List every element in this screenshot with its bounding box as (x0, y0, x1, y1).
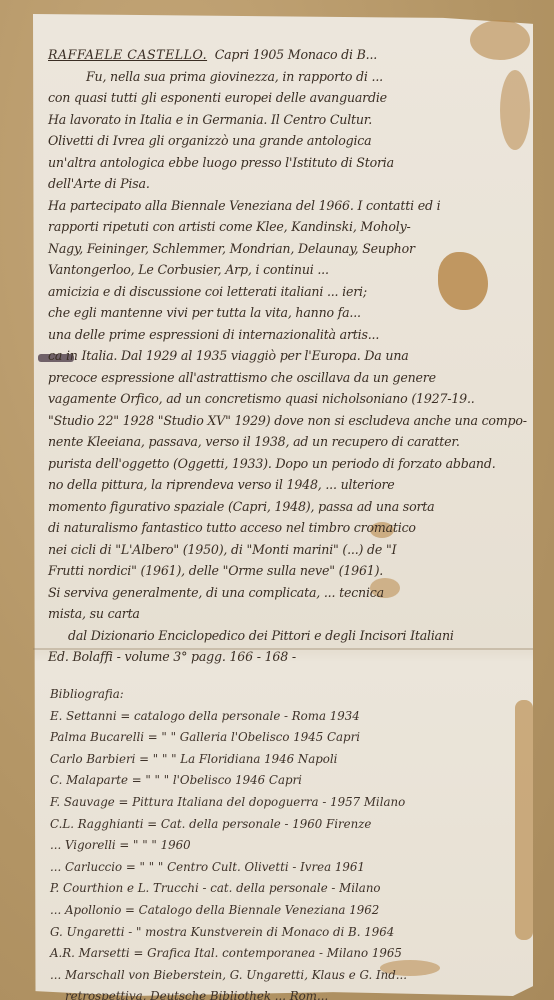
bibliography-entry: F. Sauvage = Pittura Italiana del dopogu… (50, 792, 407, 814)
text-line: nei cicli di "L'Albero" (1950), di "Mont… (48, 539, 527, 561)
text-line: momento figurativo spaziale (Capri, 1948… (48, 496, 527, 518)
bibliography-entry: C.L. Ragghianti = Cat. della personale -… (50, 814, 407, 836)
document-heading: RAFFAELE CASTELLO. Capri 1905 Monaco di … (48, 44, 527, 66)
text-line: ca in Italia. Dal 1929 al 1935 viaggiò p… (48, 345, 527, 367)
bibliography-entry: A.R. Marsetti = Grafica Ital. contempora… (50, 943, 407, 965)
handwritten-text: RAFFAELE CASTELLO. Capri 1905 Monaco di … (48, 44, 527, 668)
text-line: no della pittura, la riprendeva verso il… (48, 474, 527, 496)
bibliography-entry: ... Apollonio = Catalogo della Biennale … (50, 900, 407, 922)
bibliography-entry: ... Carluccio = " " " Centro Cult. Olive… (50, 857, 407, 879)
text-line: Vantongerloo, Le Corbusier, Arp, i conti… (48, 259, 527, 281)
text-line: rapporti ripetuti con artisti come Klee,… (48, 216, 527, 238)
text-line: purista dell'oggetto (Oggetti, 1933). Do… (48, 453, 527, 475)
text-line: Olivetti di Ivrea gli organizzò una gran… (48, 130, 527, 152)
text-line: Fu, nella sua prima giovinezza, in rappo… (48, 66, 527, 88)
text-line: Frutti nordici" (1961), delle "Orme sull… (48, 560, 527, 582)
text-line: Nagy, Feininger, Schlemmer, Mondrian, De… (48, 238, 527, 260)
heading-subtitle: Capri 1905 Monaco di B... (215, 47, 377, 62)
text-line: che egli mantenne vivi per tutta la vita… (48, 302, 527, 324)
bibliography-entry: Palma Bucarelli = " " Galleria l'Obelisc… (50, 727, 407, 749)
text-line: un'altra antologica ebbe luogo presso l'… (48, 152, 527, 174)
bibliography-entry: ... Marschall von Bieberstein, G. Ungare… (50, 965, 407, 987)
text-line: Ha partecipato alla Biennale Veneziana d… (48, 195, 527, 217)
text-line: mista, su carta (48, 603, 527, 625)
bibliography-entry: Carlo Barbieri = " " " La Floridiana 194… (50, 749, 407, 771)
text-line: dell'Arte di Pisa. (48, 173, 527, 195)
text-line: precoce espressione all'astrattismo che … (48, 367, 527, 389)
bibliography-entry: ... Vigorelli = " " " 1960 (50, 835, 407, 857)
text-line: "Studio 22" 1928 "Studio XV" 1929) dove … (48, 410, 527, 432)
text-line: una delle prime espressioni di internazi… (48, 324, 527, 346)
text-line: amicizia e di discussione coi letterati … (48, 281, 527, 303)
text-line: Si serviva generalmente, di una complica… (48, 582, 527, 604)
bibliography-entry: G. Ungaretti - " mostra Kunstverein di M… (50, 922, 407, 944)
text-line: di naturalismo fantastico tutto acceso n… (48, 517, 527, 539)
text-line: con quasi tutti gli esponenti europei de… (48, 87, 527, 109)
bibliography-entry: C. Malaparte = " " " l'Obelisco 1946 Cap… (50, 770, 407, 792)
bibliography-heading: Bibliografia: (50, 684, 407, 706)
text-line: vagamente Orfico, ad un concretismo quas… (48, 388, 527, 410)
artist-name: RAFFAELE CASTELLO. (48, 47, 207, 62)
text-line: Ha lavorato in Italia e in Germania. Il … (48, 109, 527, 131)
source-citation: dal Dizionario Enciclopedico dei Pittori… (48, 625, 527, 647)
bibliography-entry: P. Courthion e L. Trucchi - cat. della p… (50, 878, 407, 900)
text-line: nente Kleeiana, passava, verso il 1938, … (48, 431, 527, 453)
stain (515, 700, 533, 940)
bibliography-entry: retrospettiva, Deutsche Bibliothek ... R… (50, 986, 407, 1000)
bibliography-section: Bibliografia: E. Settanni = catalogo del… (50, 684, 407, 1000)
source-citation-edition: Ed. Bolaffi - volume 3° pagg. 166 - 168 … (48, 646, 527, 668)
bibliography-entry: E. Settanni = catalogo della personale -… (50, 706, 407, 728)
